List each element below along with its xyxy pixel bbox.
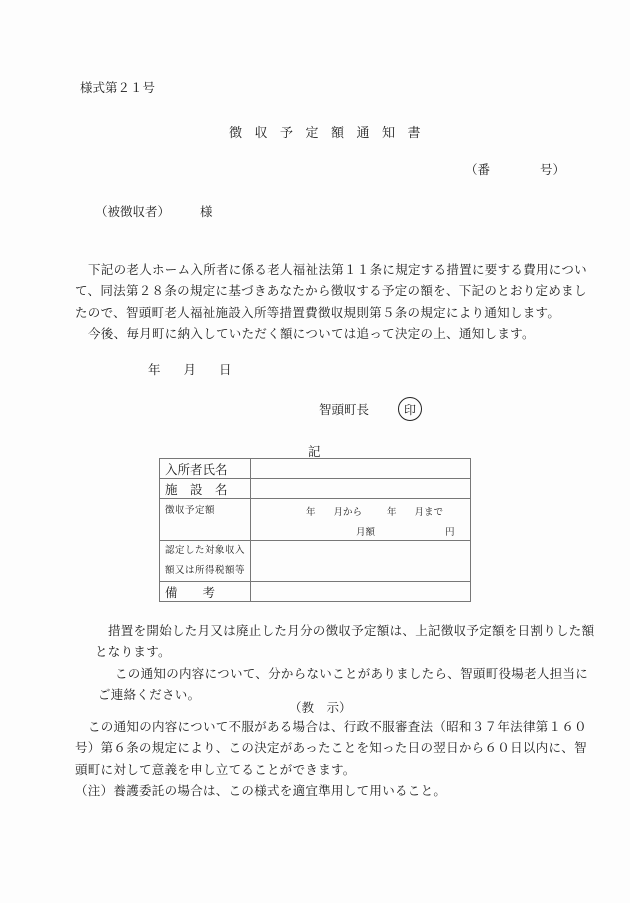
- facility-name-value: [251, 479, 471, 499]
- facility-name-label: 施 設 名: [160, 479, 251, 499]
- seal-glyph: 印: [404, 401, 416, 418]
- planned-amount-value: 年月から年月まで 月額円: [251, 499, 471, 541]
- instruction-heading: （教 示）: [289, 698, 352, 716]
- instruction-line: 号）第６条の規定により、この決定があったことを知った日の翌日から６０日以内に、智: [75, 737, 575, 758]
- remarks-value: [251, 582, 471, 602]
- intro-line: 今後、毎月町に納入していただく額については追って決定の上、通知します。: [75, 323, 575, 344]
- period-year-to: 年: [387, 507, 397, 518]
- addressee-honorific: 様: [200, 204, 213, 219]
- addressee: （被徴収者）様: [95, 202, 213, 220]
- addressee-label: （被徴収者）: [95, 204, 170, 219]
- intro-line: て、同法第２８条の規定に基づきあなたから徴収する予定の額を、下記のとおり定めまし: [75, 280, 575, 301]
- monthly-unit: 円: [445, 527, 455, 538]
- date-day: 日: [219, 362, 232, 377]
- notes-paragraph: 措置を開始した月又は廃止した月分の徴収予定額は、上記徴収予定額を日割りした額 と…: [75, 620, 575, 705]
- table-row: 入所者氏名: [160, 459, 471, 479]
- table-row: 徴収予定額 年月から年月まで 月額円: [160, 499, 471, 541]
- monthly-amount: 月額円: [356, 524, 455, 538]
- table-row: 施 設 名: [160, 479, 471, 499]
- period-year-from: 年: [306, 507, 316, 518]
- instruction-line: 頭町に対して意義を申し立てることができます。: [75, 759, 575, 780]
- notes-line: となります。: [75, 641, 575, 662]
- income-label-line: 認定した対象収入: [165, 541, 245, 561]
- reference-close: 号）: [540, 162, 565, 177]
- intro-line: 下記の老人ホーム入所者に係る老人福祉法第１１条に規定する措置に要する費用につい: [75, 259, 575, 280]
- monthly-label: 月額: [356, 527, 375, 538]
- date-year: 年: [148, 362, 161, 377]
- resident-name-value: [251, 459, 471, 479]
- intro-paragraph: 下記の老人ホーム入所者に係る老人福祉法第１１条に規定する措置に要する費用につい …: [75, 259, 575, 344]
- remarks-label: 備 考: [160, 582, 251, 602]
- table-row: 備 考: [160, 582, 471, 602]
- document-title: 徴収予定額通知書: [229, 122, 433, 141]
- issuer-title: 智頭町長: [319, 400, 369, 418]
- table-row: 認定した対象収入 額又は所得税額等: [160, 541, 471, 582]
- reference-open: （番: [465, 162, 490, 177]
- resident-name-label: 入所者氏名: [160, 459, 251, 479]
- reference-number: （番号）: [465, 160, 565, 178]
- detail-table: 入所者氏名 施 設 名 徴収予定額 年月から年月まで 月額円 認定した対象収入 …: [159, 458, 471, 602]
- period-month-to: 月まで: [415, 507, 444, 518]
- period-range: 年月から年月まで: [306, 504, 443, 518]
- notes-line: 措置を開始した月又は廃止した月分の徴収予定額は、上記徴収予定額を日割りした額: [75, 620, 575, 641]
- notes-line: この通知の内容について、分からないことがありましたら、智頭町役場老人担当に: [75, 663, 575, 684]
- instruction-line: この通知の内容について不服がある場合は、行政不服審査法（昭和３７年法律第１６０: [75, 716, 575, 737]
- planned-amount-label: 徴収予定額: [160, 499, 251, 541]
- income-value: [251, 541, 471, 582]
- form-number: 様式第２１号: [80, 78, 155, 96]
- income-label-line: 額又は所得税額等: [165, 561, 245, 581]
- intro-line: たので、智頭町老人福祉施設入所等措置費徴収規則第５条の規定により通知します。: [75, 302, 575, 323]
- date-month: 月: [184, 362, 197, 377]
- instruction-paragraph: この通知の内容について不服がある場合は、行政不服審査法（昭和３７年法律第１６０ …: [75, 716, 575, 801]
- issue-date: 年月日: [148, 360, 232, 378]
- period-month-from: 月から: [334, 507, 363, 518]
- instruction-line: （注）養護委託の場合は、この様式を適宜準用して用いること。: [75, 780, 575, 801]
- seal-icon: 印: [398, 397, 422, 421]
- income-label: 認定した対象収入 額又は所得税額等: [160, 541, 251, 582]
